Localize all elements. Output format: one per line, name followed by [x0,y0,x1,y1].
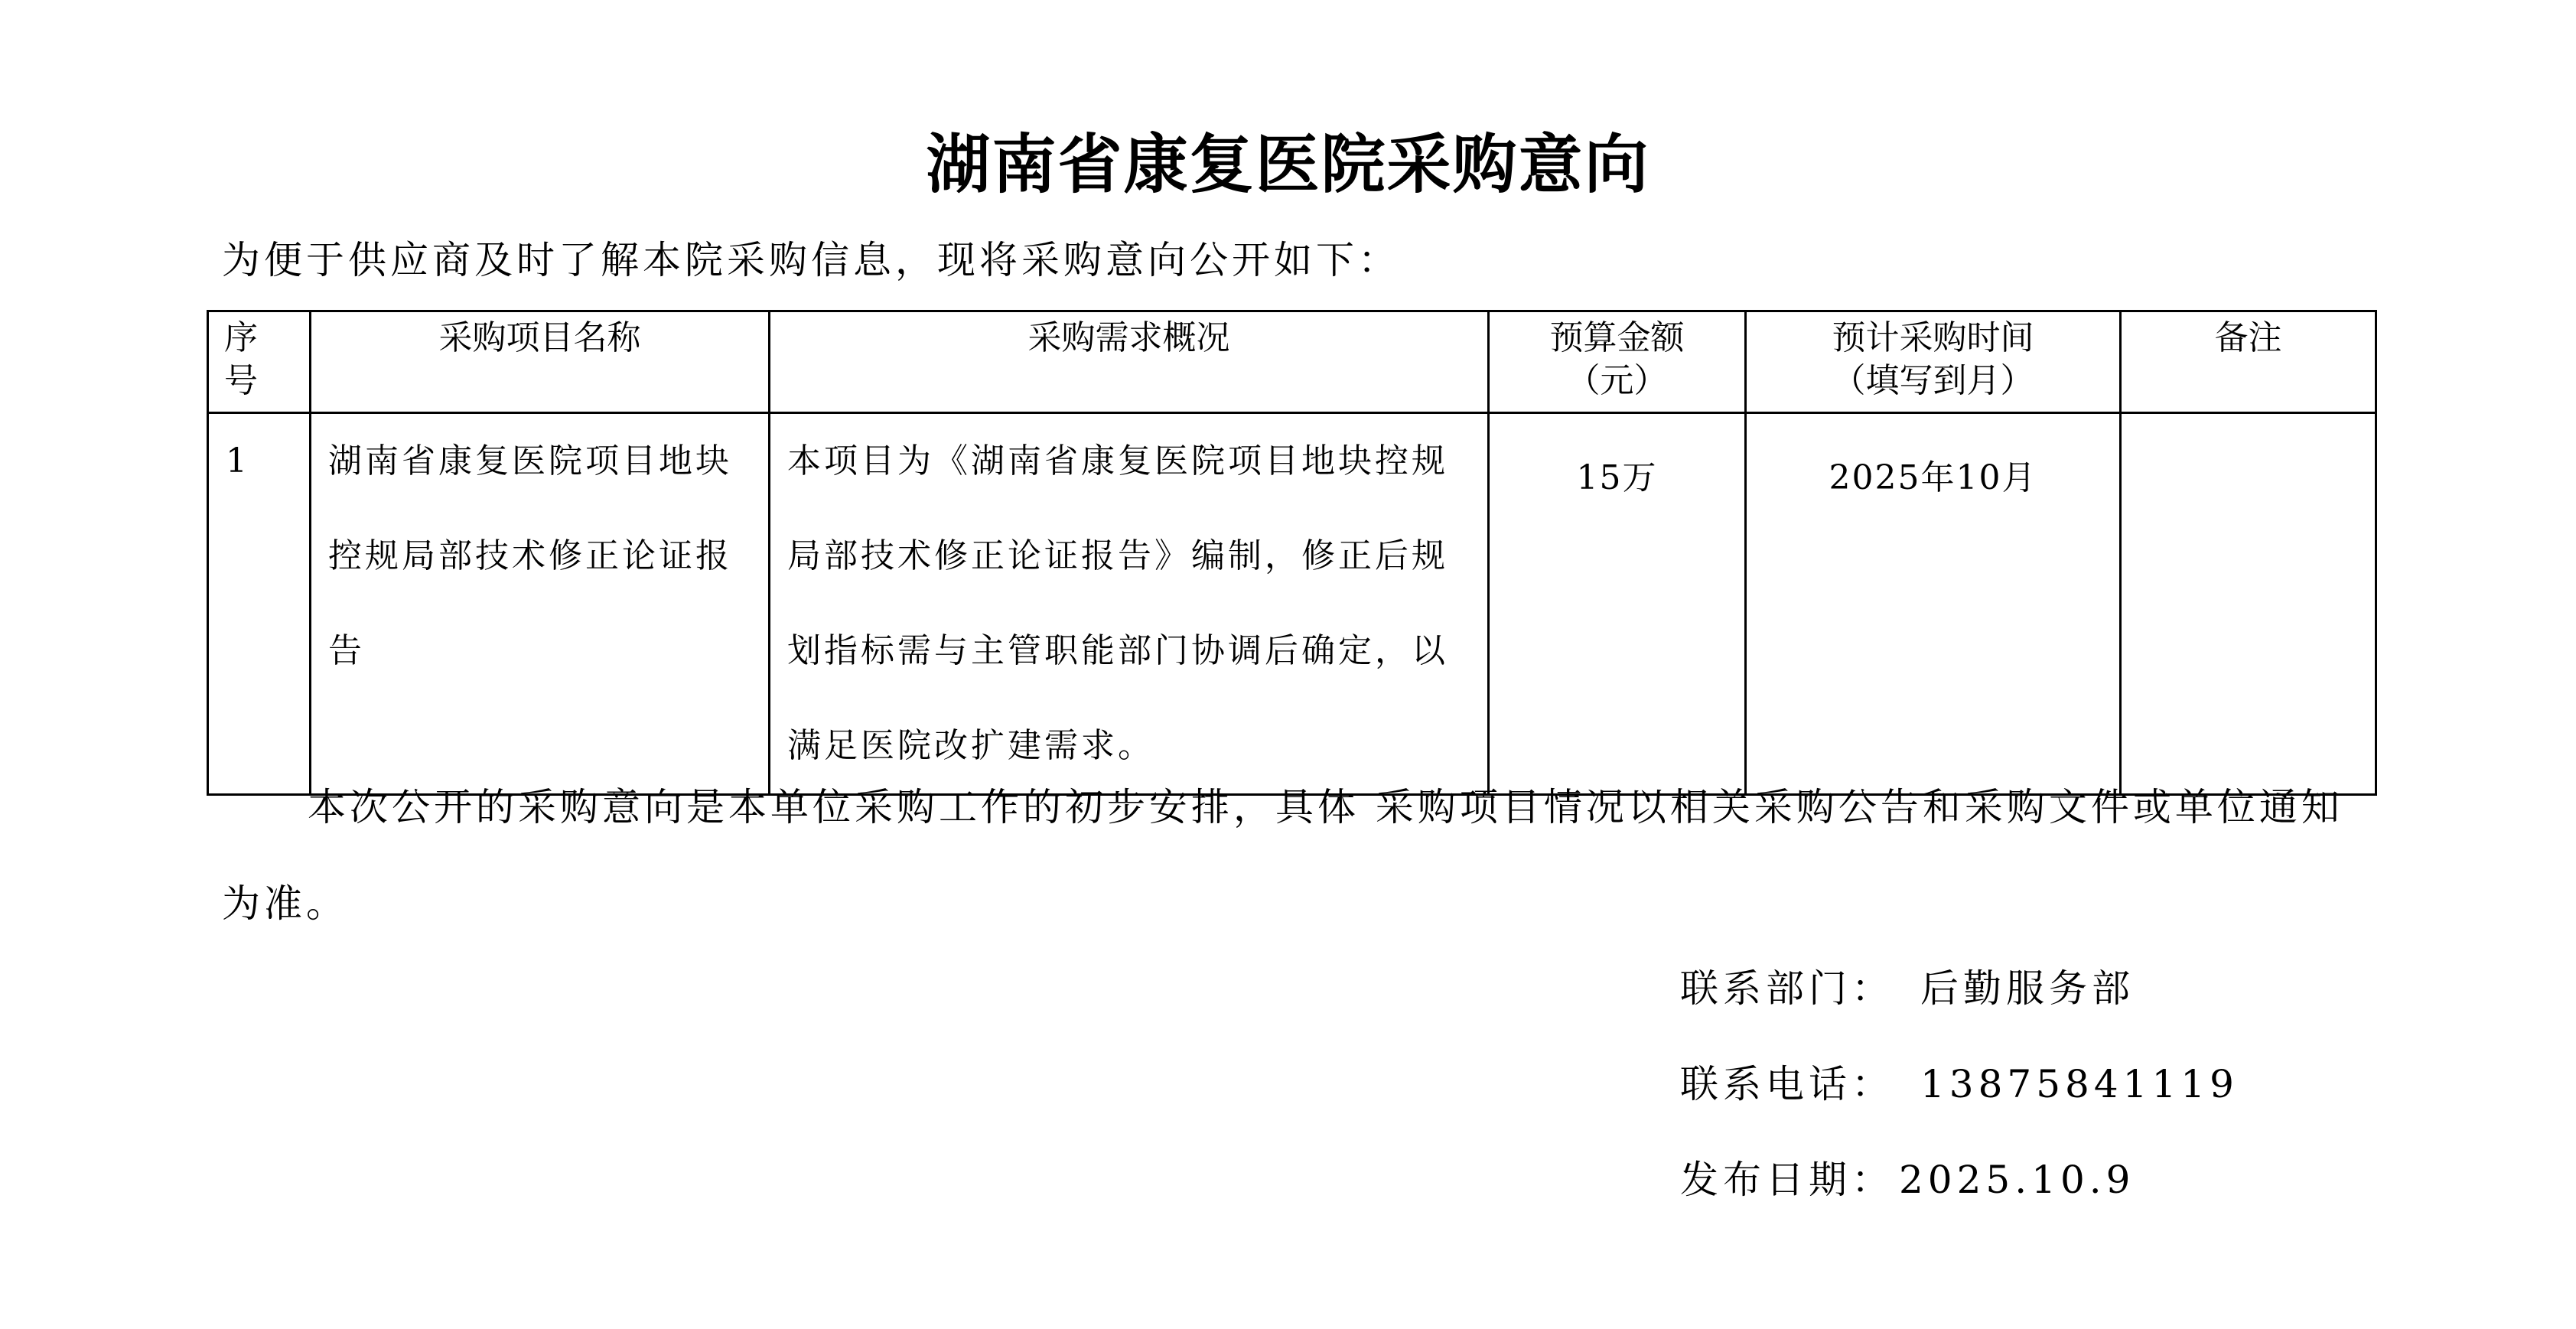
cell-budget: 15万 [1489,413,1746,795]
contact-department: 联系部门：后勤服务部 [1680,958,2135,1019]
document-title: 湖南省康复医院采购意向 [0,122,2576,207]
contact-phone: 联系电话：13875841119 [1680,1054,2239,1115]
cell-demand-summary: 本项目为《湖南省康复医院项目地块控规局部技术修正论证报告》编制，修正后规划指标需… [770,413,1489,795]
cell-remarks [2121,413,2376,795]
contact-department-label: 联系部门： [1680,958,1894,1019]
header-planned-time: 预计采购时间 （填写到月） [1746,311,2121,413]
header-seq-line-2: 号 [224,360,309,402]
header-budget-line-1: 预算金额 [1490,317,1744,360]
publish-date-label: 发布日期： [1680,1149,1894,1210]
contact-department-value: 后勤服务部 [1920,958,2135,1019]
header-time-line-1: 预计采购时间 [1747,317,2119,360]
publish-date: 发布日期：2025.10.9 [1680,1149,2135,1210]
publish-date-value: 2025.10.9 [1899,1149,2135,1210]
footnote-paragraph: 本次公开的采购意向是本单位采购工作的初步安排，具体 采购项目情况以相关采购公告和… [222,759,2379,952]
header-seq-line-1: 序 [224,317,309,360]
contact-phone-value: 13875841119 [1920,1054,2239,1115]
cell-project-name: 湖南省康复医院项目地块控规局部技术修正论证报告 [311,413,770,795]
contact-phone-label: 联系电话： [1680,1054,1894,1115]
header-remarks: 备注 [2121,311,2376,413]
table-row: 1 湖南省康复医院项目地块控规局部技术修正论证报告 本项目为《湖南省康复医院项目… [208,413,2376,795]
cell-planned-time: 2025年10月 [1746,413,2121,795]
header-time-line-2: （填写到月） [1747,360,2119,402]
header-budget-line-2: （元） [1490,360,1744,402]
table-header-row: 序 号 采购项目名称 采购需求概况 预算金额 （元） 预计采购时间 （填写到月）… [208,311,2376,413]
cell-seq: 1 [208,413,311,795]
intro-paragraph: 为便于供应商及时了解本院采购信息，现将采购意向公开如下： [222,230,1400,291]
header-demand-summary: 采购需求概况 [770,311,1489,413]
header-project-name: 采购项目名称 [311,311,770,413]
header-budget: 预算金额 （元） [1489,311,1746,413]
header-seq: 序 号 [208,311,311,413]
procurement-intent-table: 序 号 采购项目名称 采购需求概况 预算金额 （元） 预计采购时间 （填写到月）… [207,310,2377,796]
